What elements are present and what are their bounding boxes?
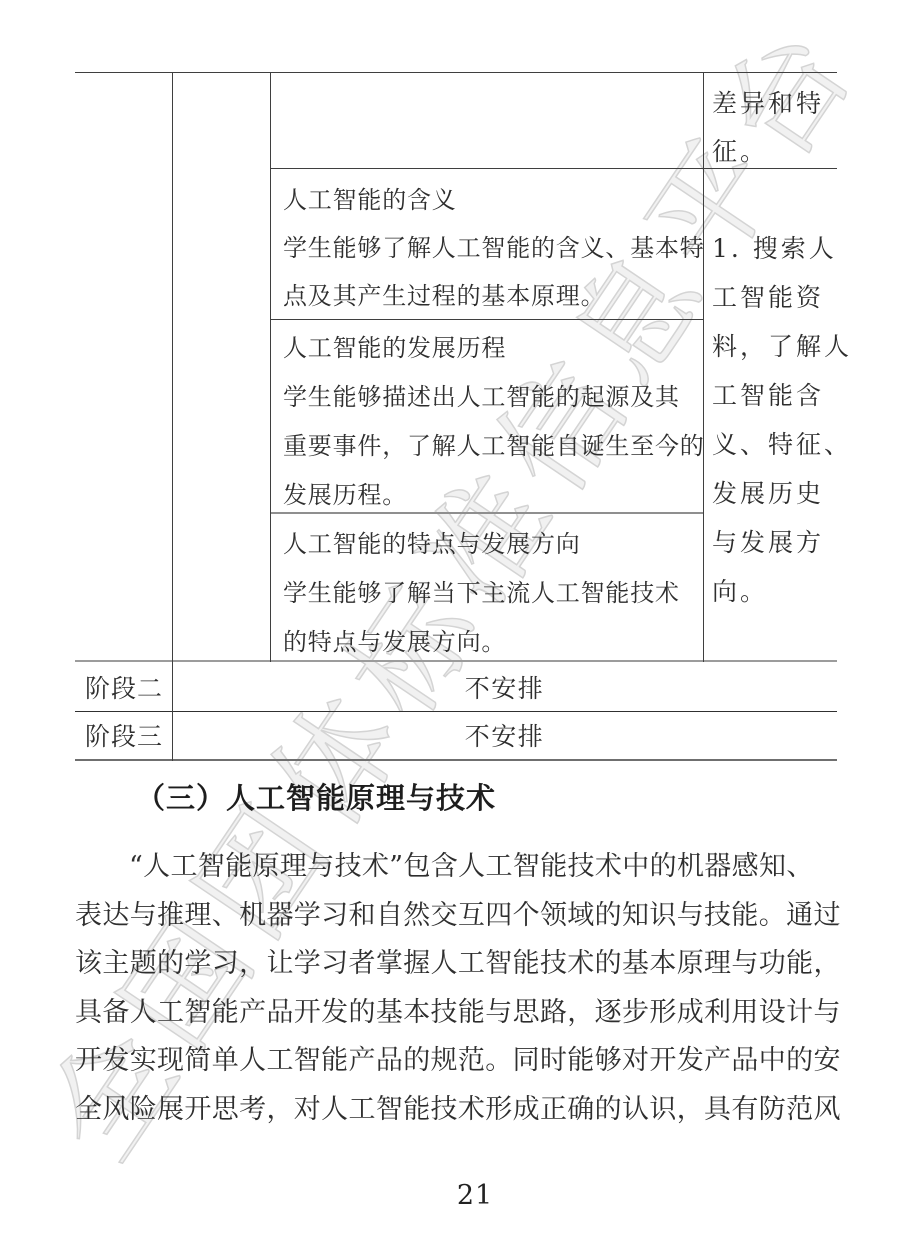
table-cell-activity-note: 1. 搜索人工智能资料，了解人工智能含义、特征、发展历史与发展方向。 (712, 224, 852, 616)
table-border-top (75, 72, 837, 74)
table-cell-stage3-label: 阶段三 (85, 714, 163, 760)
table-cell-topic-meaning: 人工智能的含义学生能够了解人工智能的含义、基本特点及其产生过程的基本原理。 (283, 176, 705, 320)
table-cell-topic-trend: 人工智能的特点与发展方向学生能够了解当下主流人工智能技术的特点与发展方向。 (283, 520, 680, 667)
body-paragraph: “人工智能原理与技术”包含人工智能技术中的机器感知、表达与推理、机器学习和自然交… (75, 843, 875, 1135)
table-cell-stage2-label: 阶段二 (85, 666, 163, 712)
table-column-divider-1 (172, 72, 173, 761)
document-page: 全国团体标准信息平台 差异和特征。 人工智能的含义学生能够了解人工智能的含义、基… (0, 0, 897, 1246)
table-cell-topic-history: 人工智能的发展历程学生能够描述出人工智能的起源及其重要事件，了解人工智能自诞生至… (283, 324, 705, 520)
table-cell-carryover-note: 差异和特征。 (712, 80, 824, 176)
table-cell-stage2-value: 不安排 (172, 666, 837, 712)
page-number: 21 (415, 1180, 535, 1211)
table-column-divider-2 (270, 72, 271, 662)
section-heading: （三）人工智能原理与技术 (136, 781, 496, 815)
table-cell-stage3-value: 不安排 (172, 714, 837, 760)
